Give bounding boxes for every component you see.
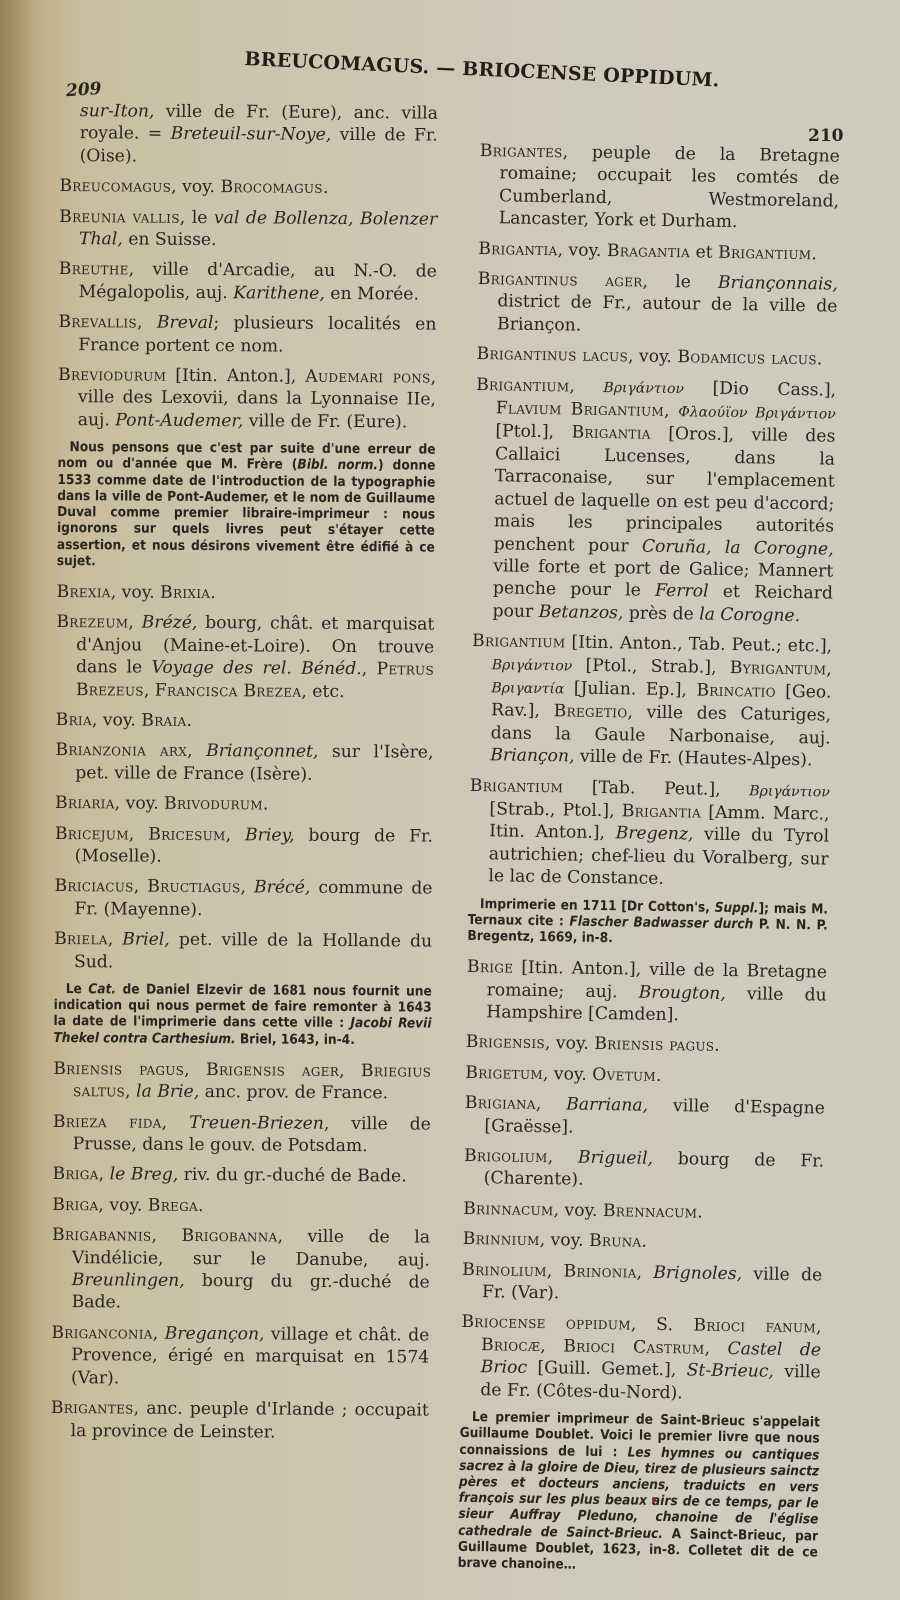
entry-text: , <box>362 659 377 679</box>
entry-text: , voy. <box>628 347 678 368</box>
headword: Bragantia <box>607 241 691 262</box>
entry-text: [Guill. Gemet.], <box>527 1358 687 1381</box>
entry-text: , voy. <box>553 1200 603 1221</box>
entry-text: , voy. <box>171 177 220 197</box>
dictionary-entry: Breuthe, ville d'Arcadie, au N.-O. de Mé… <box>59 258 437 305</box>
headword: Brigantinus lacus <box>476 344 628 366</box>
dictionary-entry: Briga, le Breg, riv. du gr.-duché de Bad… <box>52 1163 430 1188</box>
headword: Briocæ <box>481 1335 541 1356</box>
entry-text: près de <box>623 603 699 624</box>
italic-term: Treuen-Briezen <box>189 1113 324 1134</box>
entry-text: district de Fr., autour de la ville de B… <box>497 292 838 336</box>
greek-term: Βριγάντιον <box>749 783 830 800</box>
headword: Briela <box>54 929 108 949</box>
headword: Brigantium <box>718 242 812 263</box>
dictionary-entry: Breviodurum [Itin. Anton.], Audemari pon… <box>58 364 436 434</box>
entry-text: [Tab. Peut.], <box>563 777 749 800</box>
dictionary-entry: Brigantinus lacus, voy. Bodamicus lacus. <box>476 343 836 371</box>
dictionary-entry: Brinolium, Brinonia, Brignoles, ville de… <box>462 1259 823 1309</box>
dictionary-entry: Bria, voy. Braia. <box>56 709 434 734</box>
dictionary-entry: Bricejum, Bricesum, Briey, bourg de Fr. … <box>55 823 433 870</box>
headword: Flavium Brigantium <box>496 398 665 421</box>
headword: Brocomagus <box>220 177 323 198</box>
entry-text: , <box>569 376 603 397</box>
dictionary-entry: Brigabannis, Brigobanna, ville de la Vin… <box>52 1224 431 1316</box>
headword: Brennacum <box>603 1201 698 1222</box>
italic-term: Karithene, <box>233 283 325 304</box>
italic-term: Breteuil-sur-Noye, <box>171 124 332 145</box>
dictionary-entry: Brige [Itin. Anton.], ville de la Bretag… <box>466 956 827 1029</box>
italic-term: St-Brieuc, <box>687 1361 774 1382</box>
dictionary-entry: Briaria, voy. Brivodurum. <box>55 792 433 817</box>
entry-text: . <box>656 1066 662 1086</box>
dictionary-entry: Brigolium, Brigueil, bourg de Fr. (Chare… <box>464 1145 825 1195</box>
footnote: Le Cat. de Daniel Elzevir de 1681 nous f… <box>53 981 431 1048</box>
italic-term: la Corogne. <box>699 604 800 626</box>
entry-text: , voy. <box>540 1230 590 1251</box>
headword: Brigobanna <box>181 1226 277 1247</box>
entry-text: , <box>187 741 206 761</box>
footnote: Imprimerie en 1711 [Dr Cotton's, Suppl.]… <box>467 896 828 950</box>
italic-term: Briançon, <box>490 745 574 766</box>
entry-text: en Suisse. <box>123 229 217 250</box>
italic-term: Briel, <box>122 930 170 950</box>
dictionary-entry: Brinnium, voy. Bruna. <box>463 1228 823 1256</box>
headword: Brega <box>148 1195 198 1215</box>
headword: Brevallis <box>58 312 137 333</box>
italic-term: la Brie, <box>136 1082 199 1102</box>
entry-text: ) donne 1533 comme date de l'introductio… <box>57 458 436 569</box>
entry-text: , <box>162 1112 190 1132</box>
entry-text: , <box>129 824 149 844</box>
entry-text: , <box>151 1226 181 1246</box>
italic-term: Brécé, <box>254 878 310 898</box>
entry-text: , <box>339 1061 361 1081</box>
book-page-spread: 209 BREUCOMAGUS. — BRIOCENSE OPPIDUM. 21… <box>0 0 900 1600</box>
entry-text: [Itin. Anton.], <box>166 366 305 387</box>
italic-term: Breunlingen, <box>72 1270 185 1291</box>
greek-term: Φλαούϊον Βριγάντιον <box>678 404 836 422</box>
entry-text: . <box>817 350 823 370</box>
headword: Francisca Brezea <box>155 680 302 701</box>
dictionary-entry: Brigensis, voy. Briensis pagus. <box>466 1031 826 1059</box>
headword: Brigantia <box>478 239 558 260</box>
headword: Ovetum <box>592 1065 656 1086</box>
headword: Brieza fida <box>53 1112 162 1133</box>
headword: Brinnacum <box>463 1199 554 1220</box>
headword: Brigolium <box>464 1146 548 1167</box>
entry-text: , <box>816 1318 822 1338</box>
headword: Brinnium <box>463 1229 540 1250</box>
entry-text: [Strab., Ptol.], <box>489 799 622 821</box>
entry-text: . <box>263 795 269 815</box>
dictionary-entry: Brigantium [Itin. Anton., Tab. Peut.; et… <box>470 630 832 772</box>
entry-text: [Julian. Ep.], <box>564 678 696 700</box>
italic-term: Barriana, <box>566 1095 648 1116</box>
dictionary-entry: Brexia, voy. Brixia. <box>56 581 434 606</box>
italic-term: Brignoles, <box>653 1263 742 1284</box>
entry-text: , <box>134 877 148 897</box>
dictionary-entry: Brigantium, Βριγάντιον [Dio Cass.], Flav… <box>472 374 836 628</box>
entry-text: , le <box>642 272 718 293</box>
entry-text: , le <box>180 207 214 227</box>
entry-text: , <box>184 1060 206 1080</box>
italic-term: le Breg, <box>110 1165 179 1185</box>
italic-term: Briançonnais, <box>718 273 838 295</box>
entry-text: [Ptol., Strab.], <box>572 655 730 677</box>
italic-term: Briançonnet, <box>206 741 318 762</box>
headword: Brianzonia arx <box>55 740 187 761</box>
page-number-left: 209 <box>65 79 102 101</box>
entry-text: riv. du gr.-duché de Bade. <box>178 1165 407 1187</box>
italic-term: Cat. <box>88 981 116 997</box>
headword: Brexia <box>56 582 110 602</box>
dictionary-entry: Briciacus, Bructiagus, Brécé, commune de… <box>54 875 432 922</box>
dictionary-entry: Brigantes, anc. peuple d'Irlande ; occup… <box>51 1397 429 1444</box>
right-column: Brigantes, peuple de la Bretagne romaine… <box>457 140 840 1589</box>
entry-text: , <box>636 1262 653 1282</box>
italic-term: Bregenz, <box>615 824 693 845</box>
running-head: BREUCOMAGUS. — BRIOCENSE OPPIDUM. <box>244 48 720 92</box>
entry-text: , etc. <box>301 681 344 701</box>
entry-text: , <box>631 1315 657 1335</box>
entry-text: ville de Fr. (Hautes-Alpes). <box>574 747 812 771</box>
italic-term: Voyage des rel. Bénéd. <box>151 658 361 679</box>
entry-text: . <box>714 1036 720 1056</box>
headword: Briensis pagus <box>594 1034 714 1056</box>
dictionary-entry: Briela, Briel, pet. ville de la Hollande… <box>54 928 432 975</box>
entry-text: , <box>548 1147 579 1167</box>
dictionary-entry: Breunia vallis, le val de Bollenza, Bole… <box>59 206 437 253</box>
entry-text: , <box>125 1082 136 1102</box>
dictionary-entry: Briga, voy. Brega. <box>52 1194 430 1219</box>
headword: Brigantinus ager <box>478 269 643 292</box>
headword: Breuthe <box>59 259 129 279</box>
entry-text: , <box>108 930 123 950</box>
headword: Brigensis <box>466 1032 545 1053</box>
headword: Bria <box>56 710 92 730</box>
headword: Brigantia <box>622 801 702 822</box>
headword: Braia <box>141 711 186 731</box>
entry-text: , <box>153 1324 165 1344</box>
entry-text: anc. prov. de France. <box>199 1082 388 1103</box>
dictionary-entry: Brezeum, Brézé, bourg, chât. et marquisa… <box>56 611 435 703</box>
entry-text: , <box>144 680 155 700</box>
entry-text: [Ptol.], <box>495 422 571 443</box>
entry-text: , <box>664 401 679 421</box>
entry-text: . <box>210 583 216 603</box>
entry-text: , <box>540 1336 563 1356</box>
left-column: sur-Iton, ville de Fr. (Eure), anc. vill… <box>51 100 438 1453</box>
binding-shadow <box>0 0 40 1600</box>
entry-text: , voy. <box>545 1034 595 1055</box>
headword: Brigiana <box>465 1093 536 1114</box>
greek-term: Βριγάντιον <box>603 380 684 397</box>
headword: Brinolium <box>462 1260 547 1281</box>
entry-text: , <box>704 1339 727 1359</box>
entry-text: , <box>99 1165 110 1185</box>
dictionary-entry: Breucomagus, voy. Brocomagus. <box>59 175 437 200</box>
entry-text: . <box>186 711 192 731</box>
entry-text: Briel, 1643, in-4. <box>236 1031 355 1048</box>
italic-term: Brigueil, <box>578 1148 653 1169</box>
italic-term: sur-Iton, <box>80 101 155 122</box>
entry-text: , <box>240 878 254 898</box>
greek-term: Βριγάντιον <box>492 657 573 674</box>
entry-text: ville de Fr. (Eure). <box>243 411 407 432</box>
entry-text: . <box>697 1202 703 1222</box>
footnote: Nous pensons que c'est par suite d'une e… <box>57 439 436 571</box>
headword: Byrigantum <box>730 658 827 680</box>
headword: Brixia <box>160 583 210 603</box>
dictionary-entry: Brigantes, peuple de la Bretagne romaine… <box>479 140 840 235</box>
headword: Brezeum <box>56 612 128 633</box>
headword: Bregetio <box>553 702 627 723</box>
headword: Bricejum <box>55 824 129 845</box>
headword: Brigantium <box>472 631 566 652</box>
entry-text: , <box>536 1094 567 1114</box>
entry-text: , voy. <box>115 794 164 814</box>
entry-text: en Morée. <box>325 284 419 305</box>
entry-text: Le <box>66 981 89 997</box>
italic-term: Pont-Audemer, <box>115 410 243 431</box>
headword: Brinonia <box>563 1261 636 1282</box>
headword: Bructiagus <box>147 877 240 898</box>
entry-text: et <box>690 242 718 262</box>
headword: Breviodurum <box>58 365 166 386</box>
italic-term: Bibl. norm. <box>297 457 378 474</box>
entry-text: . <box>811 244 817 264</box>
entry-text: . <box>641 1232 647 1252</box>
entry-text: , voy. <box>92 710 141 730</box>
entry-text: , <box>128 613 141 633</box>
italic-term: Brougton, <box>639 982 726 1003</box>
italic-term: Betanzos, <box>539 602 624 623</box>
dictionary-entry: Briensis pagus, Brigensis ager, Briegius… <box>53 1058 431 1105</box>
entry-text: , <box>226 825 246 845</box>
greek-term: Βριγαντία <box>491 680 564 697</box>
headword: Breucomagus <box>59 176 171 197</box>
headword: Briensis pagus <box>53 1059 184 1080</box>
headword: Briciacus <box>54 876 133 897</box>
entry-text: . <box>323 178 329 198</box>
headword: S. Brioci fanum <box>656 1315 816 1338</box>
entry-text: [Dio Cass.], <box>684 378 836 400</box>
italic-term: Brézé, <box>142 613 198 633</box>
dictionary-entry: Brieza fida, Treuen-Briezen, ville de Pr… <box>53 1111 431 1158</box>
headword: Brigantium <box>476 375 570 396</box>
entry-text: [Itin. Anton., Tab. Peut.; etc.], <box>565 633 832 657</box>
headword: Briaria <box>55 793 115 813</box>
italic-term: Bregançon, <box>165 1324 265 1345</box>
headword: Brigensis ager <box>206 1060 339 1081</box>
entry-text: , voy. <box>98 1195 147 1215</box>
headword: Bricesum <box>148 824 226 845</box>
headword: Brigetum <box>465 1063 543 1084</box>
headword: Breunia vallis <box>59 207 180 228</box>
headword: Briga <box>52 1164 98 1184</box>
ink-speck <box>652 1497 656 1502</box>
entry-text: , voy. <box>543 1064 593 1085</box>
page-number-right: 210 <box>808 126 844 146</box>
dictionary-entry: Brianzonia arx, Briançonnet, sur l'Isère… <box>55 739 433 786</box>
headword: Brige <box>467 957 514 978</box>
entry-text: , <box>137 313 157 333</box>
headword: Briganconia <box>51 1323 153 1344</box>
headword: Bodamicus lacus <box>677 347 817 369</box>
headword: Brigabannis <box>52 1225 152 1246</box>
entry-text: , voy. <box>111 582 160 602</box>
dictionary-entry: Brigantia, voy. Bragantia et Brigantium. <box>478 238 838 266</box>
entry-text: , <box>826 659 832 679</box>
entry-text: , <box>547 1261 564 1281</box>
headword: Brioci Castrum <box>563 1336 705 1358</box>
headword: Brigantia <box>571 423 651 444</box>
dictionary-entry: Brigantium [Tab. Peut.], Βριγάντιον [Str… <box>468 774 830 893</box>
entry-text: . <box>198 1196 204 1216</box>
headword: Briocense oppidum <box>461 1312 631 1335</box>
entry-text: , voy. <box>557 240 607 261</box>
headword: Audemari pons <box>305 367 430 388</box>
dictionary-entry: Briocense oppidum, S. Brioci fanum, Brio… <box>460 1311 821 1406</box>
dictionary-entry: Briganconia, Bregançon, village et chât.… <box>51 1322 429 1392</box>
headword: Brigantium <box>470 775 564 796</box>
italic-term: Ferrol <box>655 581 709 602</box>
dictionary-entry: Brigantinus ager, le Briançonnais, distr… <box>477 268 838 341</box>
headword: Brigantes <box>480 141 563 162</box>
dictionary-entry: Brevallis, Breval; plusieurs localités e… <box>58 311 436 358</box>
dictionary-entry: Brigiana, Barriana, ville d'Espagne [Gra… <box>464 1092 825 1142</box>
dictionary-entry: Brigetum, voy. Ovetum. <box>465 1062 825 1090</box>
italic-term: Briey, <box>245 825 295 845</box>
italic-term: Breval <box>157 313 214 333</box>
dictionary-entry: sur-Iton, ville de Fr. (Eure), anc. vill… <box>60 100 438 170</box>
dictionary-entry: Brinnacum, voy. Brennacum. <box>463 1198 823 1226</box>
headword: Brincatio <box>696 680 776 701</box>
headword: Briga <box>52 1195 98 1215</box>
footnote: Le premier imprimeur de Saint-Brieuc s'a… <box>458 1409 821 1577</box>
italic-term: Coruña, la Corogne, <box>642 536 834 559</box>
headword: Brivodurum <box>164 794 263 815</box>
headword: Brigantes <box>51 1398 134 1419</box>
headword: Bruna <box>589 1231 642 1252</box>
italic-term: Suppl. <box>715 899 759 916</box>
